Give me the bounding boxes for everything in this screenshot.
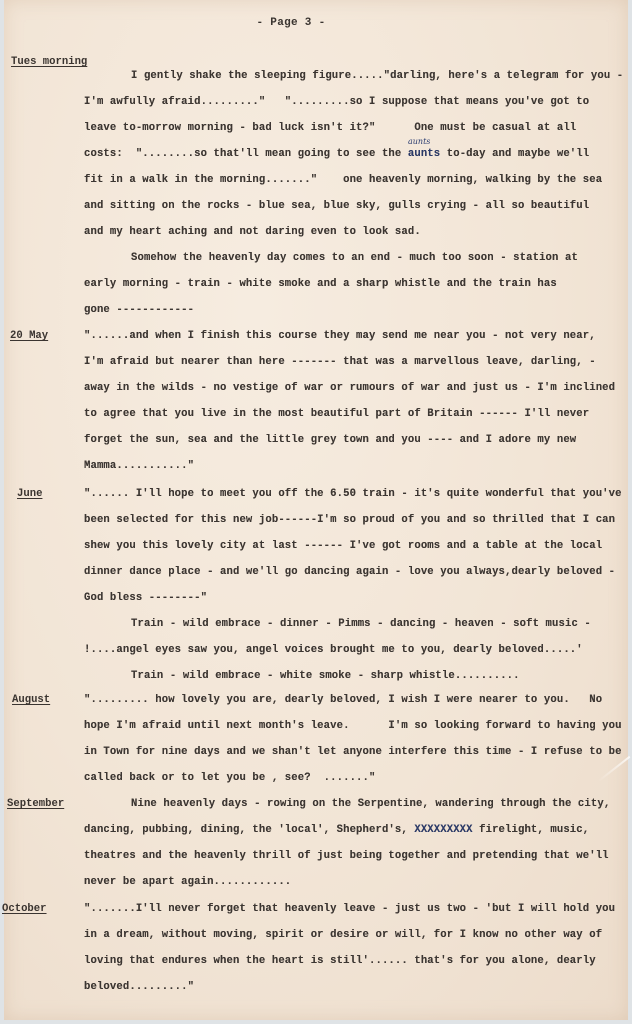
page-number-header: - Page 3 - [4,17,628,29]
struck-out-word: aunts [408,148,440,160]
text-line: Train - wild embrace - white smoke - sha… [131,670,520,682]
margin-label-june: June [17,488,42,500]
text-line: dancing, pubbing, dining, the 'local', S… [84,824,589,836]
text-line: theatres and the heavenly thrill of just… [84,850,609,862]
text-line: in Town for nine days and we shan't let … [84,746,622,758]
handwritten-correction: aunts [408,137,430,146]
paper-crease [598,756,631,782]
text-line: and sitting on the rocks - blue sea, blu… [84,200,589,212]
text-line: dinner dance place - and we'll go dancin… [84,566,615,578]
text-line: "...... I'll hope to meet you off the 6.… [84,488,622,500]
text-line: leave to-morrow morning - bad luck isn't… [84,122,576,134]
text-line: shew you this lovely city at last ------… [84,540,602,552]
text-line: Train - wild embrace - dinner - Pimms - … [131,618,591,630]
text-segment: costs: "........so that'll mean going to… [84,148,408,160]
margin-label-september: September [7,798,64,810]
text-line: beloved........." [84,981,194,993]
text-line: "......... how lovely you are, dearly be… [84,694,602,706]
text-line: called back or to let you be , see? ....… [84,772,375,784]
text-line: never be apart again............ [84,876,291,888]
text-segment: dancing, pubbing, dining, the 'local', S… [84,824,414,836]
text-segment: to-day and maybe we'll [440,148,589,160]
margin-label-20-may: 20 May [10,330,48,342]
text-line: !....angel eyes saw you, angel voices br… [84,644,583,656]
text-line: costs: "........so that'll mean going to… [84,148,589,160]
typewritten-page: - Page 3 - Tues morning 20 May June Augu… [4,0,628,1020]
text-line: fit in a walk in the morning......." one… [84,174,602,186]
text-line: Nine heavenly days - rowing on the Serpe… [131,798,610,810]
margin-label-august: August [12,694,50,706]
text-line: and my heart aching and not daring even … [84,226,421,238]
text-line: gone ------------ [84,304,194,316]
text-line: early morning - train - white smoke and … [84,278,557,290]
text-line: away in the wilds - no vestige of war or… [84,382,615,394]
text-line: hope I'm afraid until next month's leave… [84,720,622,732]
text-line: I'm afraid but nearer than here ------- … [84,356,596,368]
text-line: ".......I'll never forget that heavenly … [84,903,615,915]
text-segment: firelight, music, [473,824,590,836]
text-line: "......and when I finish this course the… [84,330,596,342]
text-line: I gently shake the sleeping figure....."… [131,70,623,82]
text-line: Mamma..........." [84,460,194,472]
text-line: I'm awfully afraid........." ".........s… [84,96,589,108]
margin-label-tues-morning: Tues morning [11,56,87,68]
margin-label-october: October [2,903,47,915]
text-line: Somehow the heavenly day comes to an end… [131,252,578,264]
text-line: to agree that you live in the most beaut… [84,408,589,420]
text-line: forget the sun, sea and the little grey … [84,434,576,446]
text-line: loving that endures when the heart is st… [84,955,596,967]
typed-over-strikeout: XXXXXXXXX [414,824,472,836]
text-line: in a dream, without moving, spirit or de… [84,929,602,941]
text-line: been selected for this new job------I'm … [84,514,615,526]
text-line: God bless --------" [84,592,207,604]
